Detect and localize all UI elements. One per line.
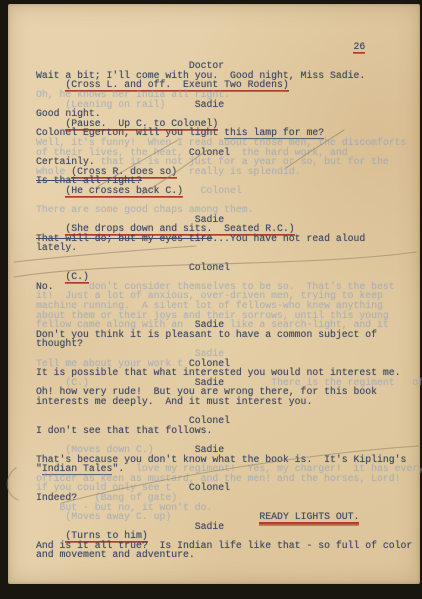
character-heading: (Leaning on rail) Sadie — [36, 100, 420, 110]
ghost-text: really is splendid. — [177, 166, 300, 177]
dialogue-line: and movement and adventure. — [36, 550, 420, 560]
dialogue-line: That will do; but my eyes tire...You hav… — [36, 234, 420, 244]
typed-text: 26 — [353, 41, 365, 52]
typescript-text: 26 DoctorWait a bit; I'll come with you.… — [8, 4, 420, 584]
ghost-text: Colonel — [183, 185, 242, 196]
stage-direction: (He crosses back C.) Colonel — [36, 186, 420, 196]
character-heading: fellow came along with an Sadie like a s… — [36, 320, 420, 330]
typed-text: (He crosses back C.) — [65, 185, 183, 196]
typed-text: and movement and adventure. — [36, 549, 195, 560]
ghost-text: (Leaning on rail) — [36, 99, 195, 110]
typed-text: READY LIGHTS OUT. — [259, 511, 359, 522]
ghost-text: There are some good chaps among them. — [36, 204, 254, 215]
dialogue-line: I don't see that that follows. — [36, 426, 420, 436]
typed-text: I don't see that that follows. — [36, 425, 212, 436]
dialogue-line: interests me deeply. And it must interes… — [36, 397, 420, 407]
typed-text — [36, 185, 65, 196]
typed-text: lately. — [36, 242, 77, 253]
page-number-line: 26 — [36, 42, 420, 52]
typescript-page: 26 DoctorWait a bit; I'll come with you.… — [8, 4, 420, 584]
ghost-line: There are some good chaps among them. — [36, 205, 420, 215]
dialogue-line: Don't you think it is pleasant to have a… — [36, 330, 420, 340]
ghost-text: whole — [36, 166, 65, 177]
typed-text: Sadie — [195, 99, 224, 110]
typed-text: ...You have not read aloud — [212, 233, 365, 244]
ghost-text: (C.) — [65, 377, 89, 388]
typed-text: Colonel — [189, 262, 230, 273]
cue-line: (Moves away C. up) READY LIGHTS OUT. — [36, 512, 420, 522]
ghost-text: (Moves down C.) — [36, 444, 165, 455]
typed-text: Don't you think it is pleasant to have a… — [36, 329, 377, 340]
ghost-text: (Moves away C. up) — [36, 511, 171, 522]
ghost-text: like a search-light, and it — [224, 319, 389, 330]
dialogue-line: lately. — [36, 243, 420, 253]
typed-text: Sadie — [195, 521, 224, 532]
ghost-text: fellow came along with an — [36, 319, 195, 330]
ghost-text: There is the regiment of — [224, 377, 422, 388]
typed-text: interests me deeply. And it must interes… — [36, 396, 312, 407]
character-heading: Colonel — [36, 263, 420, 273]
scan-background: { "page": { "description": "typewritten … — [0, 0, 422, 599]
photograph-background: 26 DoctorWait a bit; I'll come with you.… — [0, 0, 422, 599]
typed-text — [36, 41, 353, 52]
ghost-text: Tell me about your work t — [36, 358, 189, 369]
